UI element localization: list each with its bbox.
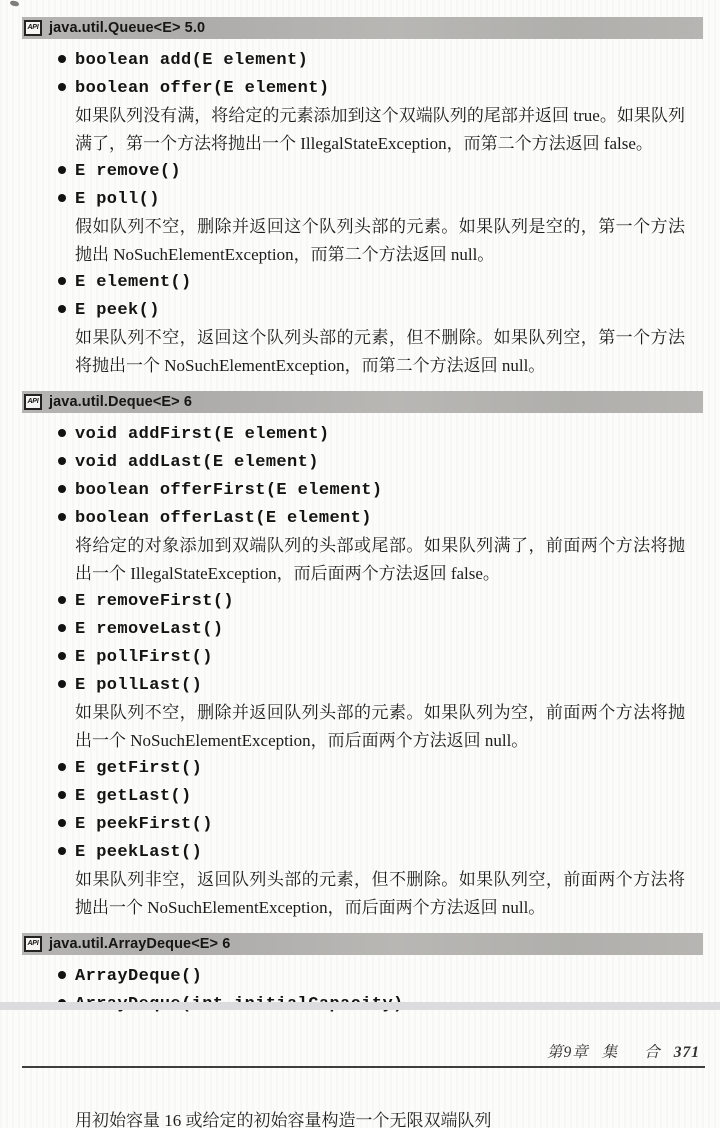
api-method-item: E getLast() bbox=[57, 782, 685, 810]
page-number: 371 bbox=[674, 1044, 700, 1061]
api-badge-icon: API bbox=[24, 936, 42, 952]
api-method-item: boolean offerLast(E element) bbox=[57, 504, 685, 532]
method-signature: boolean offerFirst(E element) bbox=[75, 481, 382, 500]
api-method-item: ArrayDeque() bbox=[57, 962, 685, 990]
method-signature: E poll() bbox=[75, 190, 160, 209]
api-description-item: 如果队列没有满，将给定的元素添加到这个双端队列的尾部并返回 true。如果队列满… bbox=[57, 102, 685, 157]
api-description-item: 将给定的对象添加到双端队列的头部或尾部。如果队列满了，前面两个方法将抛出一个 I… bbox=[57, 532, 685, 587]
chapter-label: 第9章 bbox=[547, 1044, 589, 1061]
method-signature: ArrayDeque() bbox=[75, 967, 202, 986]
method-signature: boolean add(E element) bbox=[75, 51, 308, 70]
bullet-icon bbox=[58, 791, 66, 799]
bullet-icon bbox=[58, 847, 66, 855]
method-signature: E removeLast() bbox=[75, 620, 223, 639]
api-description-item: 如果队列非空，返回队列头部的元素，但不删除。如果队列空，前面两个方法将抛出一个 … bbox=[57, 866, 685, 921]
bullet-icon bbox=[58, 819, 66, 827]
bullet-icon bbox=[58, 763, 66, 771]
method-signature: E remove() bbox=[75, 162, 181, 181]
api-section-title: java.util.ArrayDeque<E> 6 bbox=[49, 936, 230, 953]
method-signature: E getFirst() bbox=[75, 759, 202, 778]
description-text: 如果队列没有满，将给定的元素添加到这个双端队列的尾部并返回 true。如果队列满… bbox=[75, 102, 685, 157]
api-section-queue: APIjava.util.Queue<E> 5.0boolean add(E e… bbox=[22, 17, 703, 379]
api-method-item: E removeFirst() bbox=[57, 587, 685, 615]
api-method-item: E poll() bbox=[57, 185, 685, 213]
bullet-icon bbox=[58, 652, 66, 660]
api-method-item: E peekLast() bbox=[57, 838, 685, 866]
api-section-title: java.util.Queue<E> 5.0 bbox=[49, 20, 205, 37]
api-description-item: 假如队列不空，删除并返回这个队列头部的元素。如果队列是空的，第一个方法抛出 No… bbox=[57, 213, 685, 268]
bullet-icon bbox=[58, 83, 66, 91]
bullet-icon bbox=[58, 194, 66, 202]
section-title-word-1: 集 bbox=[602, 1044, 619, 1061]
method-signature: E getLast() bbox=[75, 787, 192, 806]
method-signature: E pollFirst() bbox=[75, 648, 213, 667]
method-signature: boolean offer(E element) bbox=[75, 79, 329, 98]
api-method-item: E peekFirst() bbox=[57, 810, 685, 838]
api-method-item: E remove() bbox=[57, 157, 685, 185]
method-signature: E peek() bbox=[75, 301, 160, 320]
method-signature: E peekLast() bbox=[75, 843, 202, 862]
api-method-item: E element() bbox=[57, 268, 685, 296]
api-member-list: void addFirst(E element)void addLast(E e… bbox=[57, 420, 685, 921]
page-370-content: APIjava.util.Queue<E> 5.0boolean add(E e… bbox=[0, 0, 720, 1018]
method-signature: E peekFirst() bbox=[75, 815, 213, 834]
method-signature: E element() bbox=[75, 273, 192, 292]
bullet-icon bbox=[58, 596, 66, 604]
api-method-item: E getFirst() bbox=[57, 754, 685, 782]
bullet-icon bbox=[58, 680, 66, 688]
bullet-icon bbox=[58, 429, 66, 437]
api-header-bar: APIjava.util.Deque<E> 6 bbox=[22, 391, 703, 413]
description-text: 如果队列非空，返回队列头部的元素，但不删除。如果队列空，前面两个方法将抛出一个 … bbox=[75, 866, 685, 921]
api-method-item: void addLast(E element) bbox=[57, 448, 685, 476]
api-method-item: E peek() bbox=[57, 296, 685, 324]
api-method-item: boolean offer(E element) bbox=[57, 74, 685, 102]
running-head-rule bbox=[22, 1066, 705, 1068]
api-badge-icon: API bbox=[24, 20, 42, 36]
api-badge-icon: API bbox=[24, 394, 42, 410]
description-text: 如果队列不空，返回这个队列头部的元素，但不删除。如果队列空，第一个方法将抛出一个… bbox=[75, 324, 685, 379]
bullet-icon bbox=[58, 971, 66, 979]
method-signature: void addLast(E element) bbox=[75, 453, 319, 472]
next-page-partial-line: 用初始容量 16 或给定的初始容量构造一个无限双端队列 bbox=[75, 1107, 685, 1128]
description-text: 如果队列不空，删除并返回队列头部的元素。如果队列为空，前面两个方法将抛出一个 N… bbox=[75, 699, 685, 754]
method-signature: boolean offerLast(E element) bbox=[75, 509, 372, 528]
api-section-title: java.util.Deque<E> 6 bbox=[49, 394, 192, 411]
api-section-deque: APIjava.util.Deque<E> 6void addFirst(E e… bbox=[22, 391, 703, 921]
method-signature: E pollLast() bbox=[75, 676, 202, 695]
bullet-icon bbox=[58, 624, 66, 632]
bullet-icon bbox=[58, 485, 66, 493]
section-title-word-2: 合 bbox=[644, 1044, 661, 1061]
api-header-bar: APIjava.util.Queue<E> 5.0 bbox=[22, 17, 703, 39]
api-method-item: void addFirst(E element) bbox=[57, 420, 685, 448]
running-head-text: 第9章集合371 bbox=[22, 1040, 705, 1062]
bullet-icon bbox=[58, 457, 66, 465]
running-head: 第9章集合371 bbox=[22, 1040, 705, 1068]
api-description-item: 如果队列不空，返回这个队列头部的元素，但不删除。如果队列空，第一个方法将抛出一个… bbox=[57, 324, 685, 379]
api-method-item: E pollFirst() bbox=[57, 643, 685, 671]
api-method-item: E removeLast() bbox=[57, 615, 685, 643]
api-member-list: boolean add(E element)boolean offer(E el… bbox=[57, 46, 685, 379]
api-description-item: 如果队列不空，删除并返回队列头部的元素。如果队列为空，前面两个方法将抛出一个 N… bbox=[57, 699, 685, 754]
api-header-bar: APIjava.util.ArrayDeque<E> 6 bbox=[22, 933, 703, 955]
bullet-icon bbox=[58, 55, 66, 63]
bullet-icon bbox=[58, 305, 66, 313]
bullet-icon bbox=[58, 277, 66, 285]
page-separator-band bbox=[0, 1002, 720, 1010]
method-signature: void addFirst(E element) bbox=[75, 425, 329, 444]
description-text: 假如队列不空，删除并返回这个队列头部的元素。如果队列是空的，第一个方法抛出 No… bbox=[75, 213, 685, 268]
bullet-icon bbox=[58, 166, 66, 174]
api-method-item: boolean add(E element) bbox=[57, 46, 685, 74]
description-text: 将给定的对象添加到双端队列的头部或尾部。如果队列满了，前面两个方法将抛出一个 I… bbox=[75, 532, 685, 587]
api-method-item: E pollLast() bbox=[57, 671, 685, 699]
bullet-icon bbox=[58, 513, 66, 521]
api-method-item: boolean offerFirst(E element) bbox=[57, 476, 685, 504]
method-signature: E removeFirst() bbox=[75, 592, 234, 611]
